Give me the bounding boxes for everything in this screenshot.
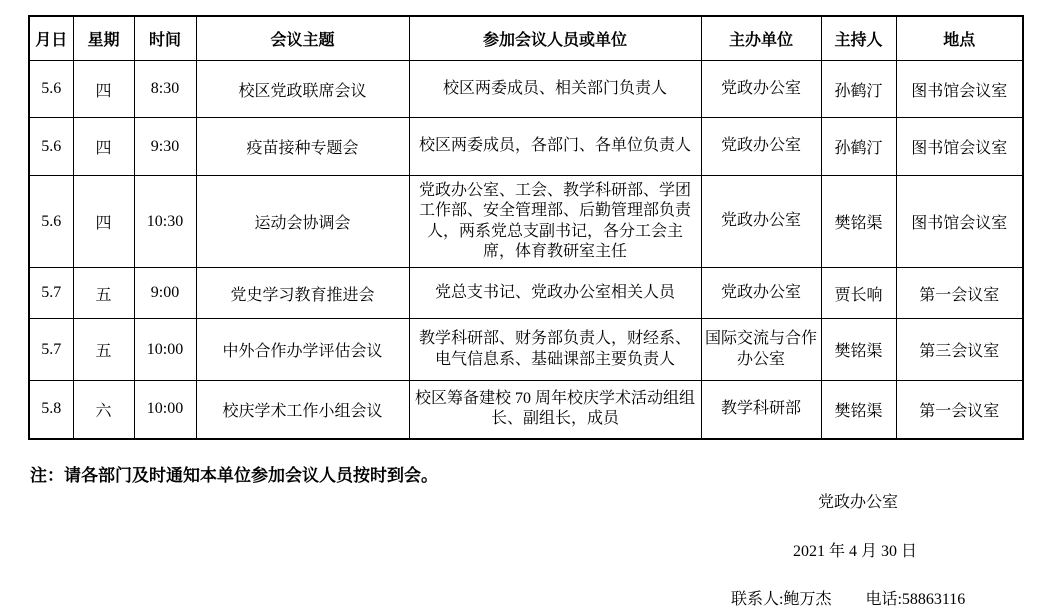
cell-organizer: 教学科研部 xyxy=(701,381,821,439)
table-row: 5.6 四 9:30 疫苗接种专题会 校区两委成员，各部门、各单位负责人 党政办… xyxy=(29,118,1023,176)
cell-topic: 疫苗接种专题会 xyxy=(196,118,409,176)
cell-topic: 校庆学术工作小组会议 xyxy=(196,381,409,439)
note-text: 注：请各部门及时通知本单位参加会议人员按时到会。 xyxy=(30,461,438,486)
col-header-topic: 会议主题 xyxy=(196,16,409,61)
col-header-time: 时间 xyxy=(134,16,196,61)
cell-weekday: 四 xyxy=(73,118,134,176)
cell-host: 孙鹤汀 xyxy=(821,61,896,118)
cell-location: 第三会议室 xyxy=(896,319,1023,381)
cell-location: 图书馆会议室 xyxy=(896,61,1023,118)
cell-date: 5.7 xyxy=(29,319,73,381)
cell-time: 10:00 xyxy=(134,319,196,381)
table-row: 5.7 五 9:00 党史学习教育推进会 党总支书记、党政办公室相关人员 党政办… xyxy=(29,268,1023,319)
cell-organizer: 国际交流与合作办公室 xyxy=(701,319,821,381)
cell-date: 5.7 xyxy=(29,268,73,319)
cell-organizer: 党政办公室 xyxy=(701,61,821,118)
cell-weekday: 四 xyxy=(73,61,134,118)
cell-date: 5.8 xyxy=(29,381,73,439)
cell-topic: 党史学习教育推进会 xyxy=(196,268,409,319)
contact-person: 联系人:鲍万杰 xyxy=(731,591,831,608)
col-header-host: 主持人 xyxy=(821,16,896,61)
cell-organizer: 党政办公室 xyxy=(701,268,821,319)
cell-host: 樊铭渠 xyxy=(821,176,896,268)
table-row: 5.8 六 10:00 校庆学术工作小组会议 校区筹备建校 70 周年校庆学术活… xyxy=(29,381,1023,439)
cell-date: 5.6 xyxy=(29,176,73,268)
cell-date: 5.6 xyxy=(29,118,73,176)
cell-weekday: 五 xyxy=(73,268,134,319)
table-row: 5.7 五 10:00 中外合作办学评估会议 教学科研部、财务部负责人，财经系、… xyxy=(29,319,1023,381)
table-row: 5.6 四 10:30 运动会协调会 党政办公室、工会、教学科研部、学团工作部、… xyxy=(29,176,1023,268)
cell-topic: 中外合作办学评估会议 xyxy=(196,319,409,381)
cell-location: 图书馆会议室 xyxy=(896,176,1023,268)
cell-weekday: 四 xyxy=(73,176,134,268)
meeting-schedule-table: 月日 星期 时间 会议主题 参加会议人员或单位 主办单位 主持人 地点 5.6 … xyxy=(28,15,1024,440)
signature-date: 2021 年 4 月 30 日 xyxy=(793,538,917,561)
contact-line: 联系人:鲍万杰 电话:58863116 xyxy=(731,586,965,609)
cell-time: 8:30 xyxy=(134,61,196,118)
table-header-row: 月日 星期 时间 会议主题 参加会议人员或单位 主办单位 主持人 地点 xyxy=(29,16,1023,61)
cell-organizer: 党政办公室 xyxy=(701,176,821,268)
cell-topic: 运动会协调会 xyxy=(196,176,409,268)
cell-participants: 校区两委成员、相关部门负责人 xyxy=(409,61,701,118)
cell-weekday: 六 xyxy=(73,381,134,439)
cell-time: 10:30 xyxy=(134,176,196,268)
cell-topic: 校区党政联席会议 xyxy=(196,61,409,118)
cell-participants: 校区两委成员，各部门、各单位负责人 xyxy=(409,118,701,176)
cell-time: 9:30 xyxy=(134,118,196,176)
cell-date: 5.6 xyxy=(29,61,73,118)
col-header-date: 月日 xyxy=(29,16,73,61)
cell-organizer: 党政办公室 xyxy=(701,118,821,176)
cell-location: 图书馆会议室 xyxy=(896,118,1023,176)
cell-host: 樊铭渠 xyxy=(821,381,896,439)
table-row: 5.6 四 8:30 校区党政联席会议 校区两委成员、相关部门负责人 党政办公室… xyxy=(29,61,1023,118)
contact-phone: 电话:58863116 xyxy=(865,591,965,608)
cell-location: 第一会议室 xyxy=(896,268,1023,319)
cell-host: 孙鹤汀 xyxy=(821,118,896,176)
cell-participants: 校区筹备建校 70 周年校庆学术活动组组长、副组长，成员 xyxy=(409,381,701,439)
col-header-weekday: 星期 xyxy=(73,16,134,61)
col-header-location: 地点 xyxy=(896,16,1023,61)
cell-time: 9:00 xyxy=(134,268,196,319)
cell-time: 10:00 xyxy=(134,381,196,439)
cell-participants: 教学科研部、财务部负责人，财经系、电气信息系、基础课部主要负责人 xyxy=(409,319,701,381)
cell-location: 第一会议室 xyxy=(896,381,1023,439)
cell-participants: 党政办公室、工会、教学科研部、学团工作部、安全管理部、后勤管理部负责人，两系党总… xyxy=(409,176,701,268)
cell-host: 樊铭渠 xyxy=(821,319,896,381)
col-header-organizer: 主办单位 xyxy=(701,16,821,61)
document-page: 月日 星期 时间 会议主题 参加会议人员或单位 主办单位 主持人 地点 5.6 … xyxy=(0,0,1038,616)
signature-department: 党政办公室 xyxy=(818,489,898,512)
cell-weekday: 五 xyxy=(73,319,134,381)
col-header-participants: 参加会议人员或单位 xyxy=(409,16,701,61)
cell-host: 贾长响 xyxy=(821,268,896,319)
cell-participants: 党总支书记、党政办公室相关人员 xyxy=(409,268,701,319)
